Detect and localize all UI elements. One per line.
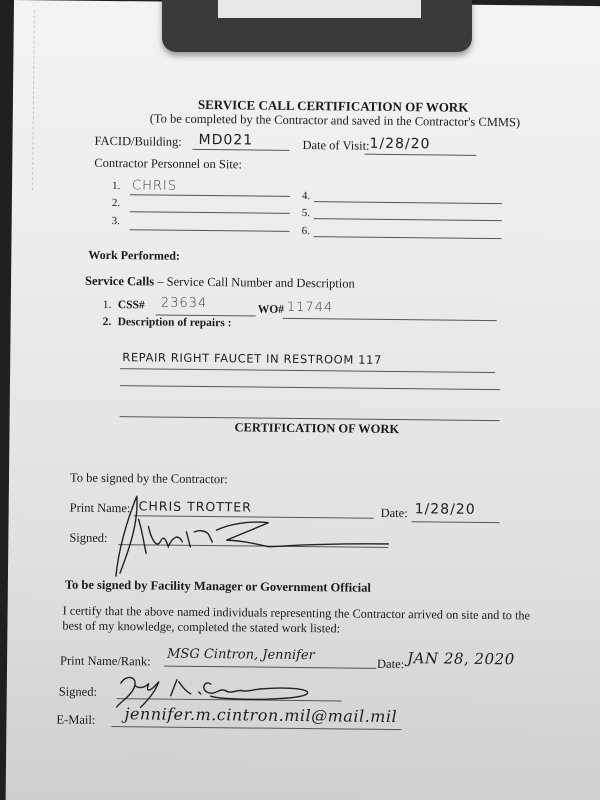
description-line-1-value[interactable]: REPAIR RIGHT FAUCET IN RESTROOM 117 — [122, 350, 382, 367]
service-calls-label: Service Calls – Service Call Number and … — [85, 274, 355, 292]
personnel-num-6: 6. — [302, 225, 310, 237]
official-print-name-line — [164, 666, 376, 669]
contractor-signed-label: Signed: — [69, 531, 107, 546]
certification-heading: CERTIFICATION OF WORK — [234, 420, 399, 437]
contractor-date-line — [412, 521, 500, 523]
official-heading: To be signed by Facility Manager or Gove… — [65, 578, 371, 596]
date-of-visit-value[interactable]: 1/28/20 — [369, 136, 430, 153]
css-value[interactable]: 23634 — [161, 296, 208, 311]
personnel-line-4[interactable] — [314, 201, 502, 204]
official-date-label: Date: — [377, 657, 404, 672]
contractor-signature[interactable] — [108, 491, 309, 583]
wo-value[interactable]: 11744 — [287, 300, 334, 315]
item-1-num: 1. — [103, 299, 112, 311]
description-line-1 — [120, 368, 495, 373]
description-label: Description of repairs : — [118, 316, 232, 329]
personnel-num-1: 1. — [112, 180, 120, 192]
facid-value[interactable]: MD021 — [198, 132, 253, 149]
form-subtitle: (To be completed by the Contractor and s… — [150, 111, 521, 130]
item-2-num: 2. — [103, 316, 112, 328]
official-print-name-value[interactable]: MSG Cintron, Jennifer — [167, 647, 315, 664]
personnel-label: Contractor Personnel on Site: — [94, 156, 242, 173]
personnel-line-1 — [130, 194, 290, 197]
date-of-visit-label: Date of Visit: — [302, 138, 369, 154]
personnel-value-1[interactable]: CHRIS — [132, 178, 177, 193]
css-label: CSS# — [118, 299, 145, 311]
personnel-line-2[interactable] — [130, 211, 290, 214]
official-email-line — [111, 726, 401, 730]
personnel-line-5[interactable] — [314, 218, 502, 221]
personnel-num-3: 3. — [112, 215, 120, 227]
personnel-num-5: 5. — [302, 207, 310, 219]
contractor-date-value[interactable]: 1/28/20 — [415, 501, 476, 518]
service-calls-bold: Service Calls — [85, 274, 154, 289]
wo-line — [283, 318, 497, 321]
certify-text-line-2: best of my knowledge, completed the stat… — [62, 619, 340, 637]
clipboard-clip: CHRIS TROTTER — [162, 0, 472, 52]
official-print-name-label: Print Name/Rank: — [60, 654, 151, 670]
date-of-visit-line — [364, 154, 476, 156]
personnel-num-4: 4. — [302, 190, 310, 202]
service-call-form: SERVICE CALL CERTIFICATION OF WORK (To b… — [6, 0, 600, 800]
contractor-heading: To be signed by the Contractor: — [70, 471, 228, 488]
description-line-2[interactable] — [120, 385, 500, 390]
clipboard-label-text: CHRIS TROTTER — [218, 0, 421, 4]
personnel-num-2: 2. — [112, 197, 120, 209]
work-performed-label: Work Performed: — [88, 248, 180, 264]
facid-line — [192, 149, 289, 151]
wo-label: WO# — [258, 304, 284, 316]
clipboard-name-label: CHRIS TROTTER — [218, 0, 421, 18]
service-calls-rest: – Service Call Number and Description — [154, 274, 355, 290]
personnel-line-6[interactable] — [314, 236, 502, 239]
facid-label: FACID/Building: — [94, 134, 181, 150]
official-signed-label: Signed: — [59, 685, 97, 700]
official-email-label: E-Mail: — [56, 712, 95, 727]
contractor-date-label: Date: — [381, 506, 408, 521]
official-email-value[interactable]: jennifer.m.cintron.mil@mail.mil — [124, 704, 397, 726]
official-date-value[interactable]: JAN 28, 2020 — [407, 649, 515, 668]
personnel-line-3[interactable] — [130, 229, 290, 232]
